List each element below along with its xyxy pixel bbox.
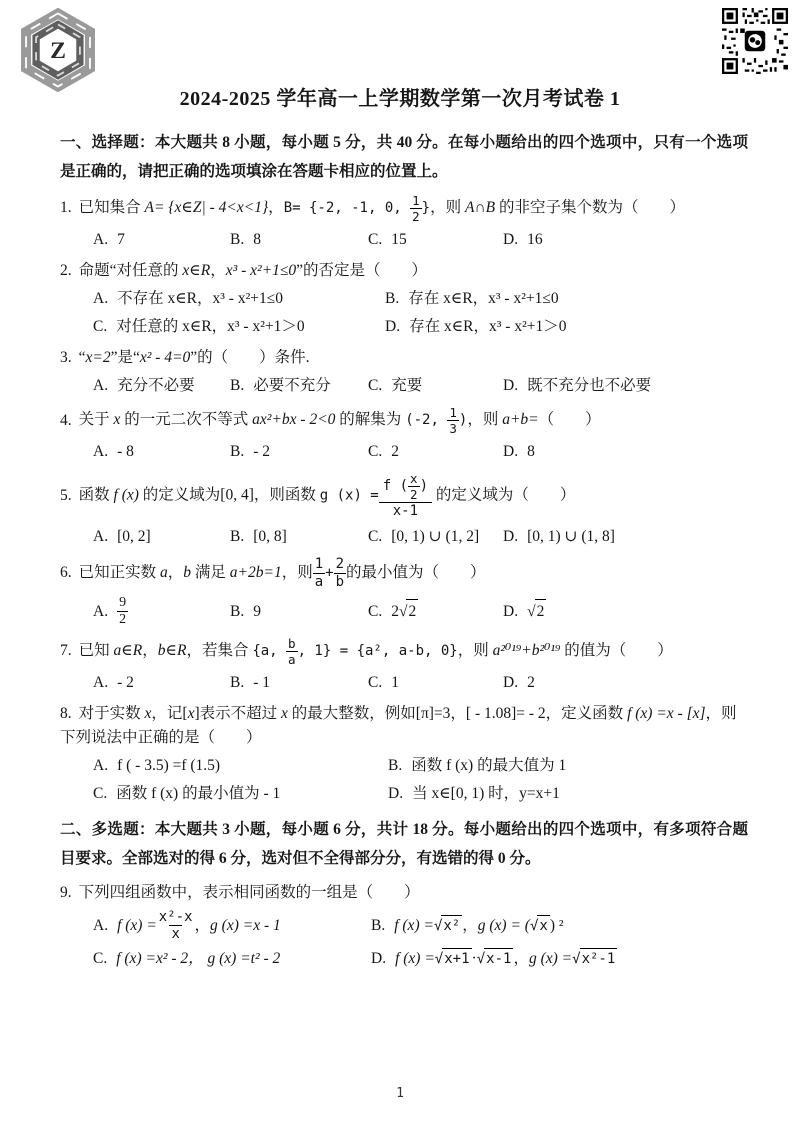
q1-option-c: C.15	[368, 228, 503, 252]
q9-option-a-fraction: x²-xx	[157, 909, 195, 944]
q3-option-b: B.必要不充分	[230, 374, 368, 398]
q4-option-d: D.8	[503, 440, 535, 464]
q1-option-b: B.8	[230, 228, 368, 252]
q5-fraction: f (x2)x-1	[379, 471, 432, 521]
q4-fraction: 13	[447, 405, 459, 436]
q9-option-d-sqrt1: √x+1	[435, 948, 472, 971]
q9-option-d: D.f (x) =√x+1·√x-1，g (x) =√x²-1	[371, 947, 617, 971]
hex-knot-logo-icon: Z	[12, 8, 104, 92]
q3-number: 3.	[60, 349, 72, 366]
question-6: 6.已知正实数 a，b 满足 a+2b=1，则1a+2b的最小值为（ ） A.9…	[60, 556, 748, 629]
logo-letter: Z	[50, 38, 66, 64]
q5-inner-fraction: x2	[408, 471, 420, 502]
q2-options-row1: A.不存在 x∈R，x³ - x²+1≤0 B.存在 x∈R，x³ - x²+1…	[60, 287, 748, 311]
q3-option-c: C.充要	[368, 374, 503, 398]
question-5: 5.函数 f (x) 的定义域为[0, 4]，则函数 g (x) =f (x2)…	[60, 471, 748, 549]
qr-code	[722, 8, 788, 74]
q4-option-b: B.- 2	[230, 440, 368, 464]
q7-option-d: D.2	[503, 671, 535, 695]
q1-fraction: 12	[410, 193, 422, 224]
page-number: 1	[0, 1086, 800, 1101]
q9-option-b-sqrt1: √x²	[434, 915, 462, 938]
q5-stem: 5.函数 f (x) 的定义域为[0, 4]，则函数 g (x) =f (x2)…	[60, 471, 748, 521]
q9-options-row1: A.f (x) =x²-xx，g (x) =x - 1 B.f (x) =√x²…	[60, 909, 748, 944]
q2-option-b: B.存在 x∈R，x³ - x²+1≤0	[385, 287, 559, 311]
q7-options: A.- 2 B.- 1 C.1 D.2	[60, 671, 748, 695]
q6-option-a: A.92	[93, 595, 230, 630]
question-2: 2.命题“对任意的 x∈R，x³ - x²+1≤0”的否定是（ ） A.不存在 …	[60, 259, 748, 339]
q9-option-b: B.f (x) =√x²，g (x) = (√x) ²	[371, 914, 564, 938]
exam-page: Z 2024-2	[0, 0, 800, 1133]
q1-option-a: A.7	[93, 228, 230, 252]
q8-option-a: A.f ( - 3.5) =f (1.5)	[93, 754, 388, 778]
q5-number: 5.	[60, 487, 72, 504]
q6-option-c-sqrt: √2	[399, 599, 418, 624]
q7-option-b: B.- 1	[230, 671, 368, 695]
q8-option-d: D.当 x∈[0, 1) 时，y=x+1	[388, 782, 560, 806]
q7-option-a: A.- 2	[93, 671, 230, 695]
q9-option-c: C.f (x) =x² - 2， g (x) =t² - 2	[93, 947, 371, 971]
q9-options-row2: C.f (x) =x² - 2， g (x) =t² - 2 D.f (x) =…	[60, 947, 748, 971]
q1-number: 1.	[60, 199, 72, 216]
q3-option-d: D.既不充分也不必要	[503, 374, 651, 398]
q5-option-a: A.[0, 2]	[93, 525, 230, 549]
q3-options: A.充分不必要 B.必要不充分 C.充要 D.既不充分也不必要	[60, 374, 748, 398]
q9-option-a: A.f (x) =x²-xx，g (x) =x - 1	[93, 909, 371, 944]
q6-fraction-2: 2b	[334, 556, 346, 591]
question-3: 3.“x=2”是“x² - 4=0”的（ ）条件. A.充分不必要 B.必要不充…	[60, 346, 748, 398]
q9-stem: 9.下列四组函数中，表示相同函数的一组是（ ）	[60, 881, 748, 905]
q3-option-a: A.充分不必要	[93, 374, 230, 398]
q4-options: A.- 8 B.- 2 C.2 D.8	[60, 440, 748, 464]
q6-options: A.92 B.9 C.2√2 D.√2	[60, 595, 748, 630]
q6-option-c: C.2√2	[368, 599, 503, 624]
q8-options-row2: C.函数 f (x) 的最小值为 - 1 D.当 x∈[0, 1) 时，y=x+…	[60, 782, 748, 806]
q5-option-d: D.[0, 1) ∪ (1, 8]	[503, 525, 615, 549]
page-title: 2024-2025 学年高一上学期数学第一次月考试卷 1	[0, 0, 800, 111]
q2-options-row2: C.对任意的 x∈R，x³ - x²+1＞0 D.存在 x∈R，x³ - x²+…	[60, 315, 748, 339]
q3-stem: 3.“x=2”是“x² - 4=0”的（ ）条件.	[60, 346, 748, 370]
q2-number: 2.	[60, 262, 72, 279]
q7-option-c: C.1	[368, 671, 503, 695]
question-8: 8.对于实数 x，记[x]表示不超过 x 的最大整数，例如[π]=3，[ - 1…	[60, 702, 748, 806]
question-1: 1.已知集合 A= {x∈Z| - 4<x<1}，B= {-2, -1, 0, …	[60, 193, 748, 252]
q6-option-a-fraction: 92	[117, 595, 128, 630]
q9-option-d-sqrt3: √x²-1	[572, 948, 617, 971]
q8-number: 8.	[60, 705, 72, 722]
section1-intro: 一、选择题：本大题共 8 小题，每小题 5 分，共 40 分。在每小题给出的四个…	[60, 129, 748, 186]
q2-option-c: C.对任意的 x∈R，x³ - x²+1＞0	[93, 315, 385, 339]
q7-fraction: ba	[286, 636, 298, 667]
q8-options-row1: A.f ( - 3.5) =f (1.5) B.函数 f (x) 的最大值为 1	[60, 754, 748, 778]
q2-stem: 2.命题“对任意的 x∈R，x³ - x²+1≤0”的否定是（ ）	[60, 259, 748, 283]
q2-option-a: A.不存在 x∈R，x³ - x²+1≤0	[93, 287, 385, 311]
q6-option-b: B.9	[230, 600, 368, 624]
q6-stem: 6.已知正实数 a，b 满足 a+2b=1，则1a+2b的最小值为（ ）	[60, 556, 748, 591]
q1-stem: 1.已知集合 A= {x∈Z| - 4<x<1}，B= {-2, -1, 0, …	[60, 193, 748, 224]
school-logo: Z	[12, 8, 104, 92]
q8-option-c: C.函数 f (x) 的最小值为 - 1	[93, 782, 388, 806]
q6-option-d: D.√2	[503, 599, 546, 624]
q6-number: 6.	[60, 564, 72, 581]
q5-options: A.[0, 2] B.[0, 8] C.[0, 1) ∪ (1, 2] D.[0…	[60, 525, 748, 549]
q7-number: 7.	[60, 642, 72, 659]
q4-option-a: A.- 8	[93, 440, 230, 464]
q9-number: 9.	[60, 884, 72, 901]
q1-option-d: D.16	[503, 228, 543, 252]
question-4: 4.关于 x 的一元二次不等式 ax²+bx - 2<0 的解集为 (-2, 1…	[60, 405, 748, 464]
q6-option-d-sqrt: √2	[527, 599, 546, 624]
question-9: 9.下列四组函数中，表示相同函数的一组是（ ） A.f (x) =x²-xx，g…	[60, 881, 748, 972]
q4-number: 4.	[60, 412, 72, 429]
exam-content: 一、选择题：本大题共 8 小题，每小题 5 分，共 40 分。在每小题给出的四个…	[0, 129, 800, 971]
section2-intro: 二、多选题：本大题共 3 小题，每小题 6 分，共计 18 分。每小题给出的四个…	[60, 816, 748, 873]
q9-option-d-sqrt2: √x-1	[477, 948, 514, 971]
q2-option-d: D.存在 x∈R，x³ - x²+1＞0	[385, 315, 566, 339]
question-7: 7.已知 a∈R，b∈R，若集合 {a, ba, 1} = {a², a-b, …	[60, 636, 748, 695]
q4-option-c: C.2	[368, 440, 503, 464]
q8-stem: 8.对于实数 x，记[x]表示不超过 x 的最大整数，例如[π]=3，[ - 1…	[60, 702, 748, 750]
q4-stem: 4.关于 x 的一元二次不等式 ax²+bx - 2<0 的解集为 (-2, 1…	[60, 405, 748, 436]
q6-fraction-1: 1a	[313, 556, 325, 591]
qr-code-icon	[722, 8, 788, 74]
q1-options: A.7 B.8 C.15 D.16	[60, 228, 748, 252]
q7-stem: 7.已知 a∈R，b∈R，若集合 {a, ba, 1} = {a², a-b, …	[60, 636, 748, 667]
q9-option-b-sqrt2: √x	[530, 915, 550, 938]
q5-option-b: B.[0, 8]	[230, 525, 368, 549]
q8-option-b: B.函数 f (x) 的最大值为 1	[388, 754, 566, 778]
q5-option-c: C.[0, 1) ∪ (1, 2]	[368, 525, 503, 549]
